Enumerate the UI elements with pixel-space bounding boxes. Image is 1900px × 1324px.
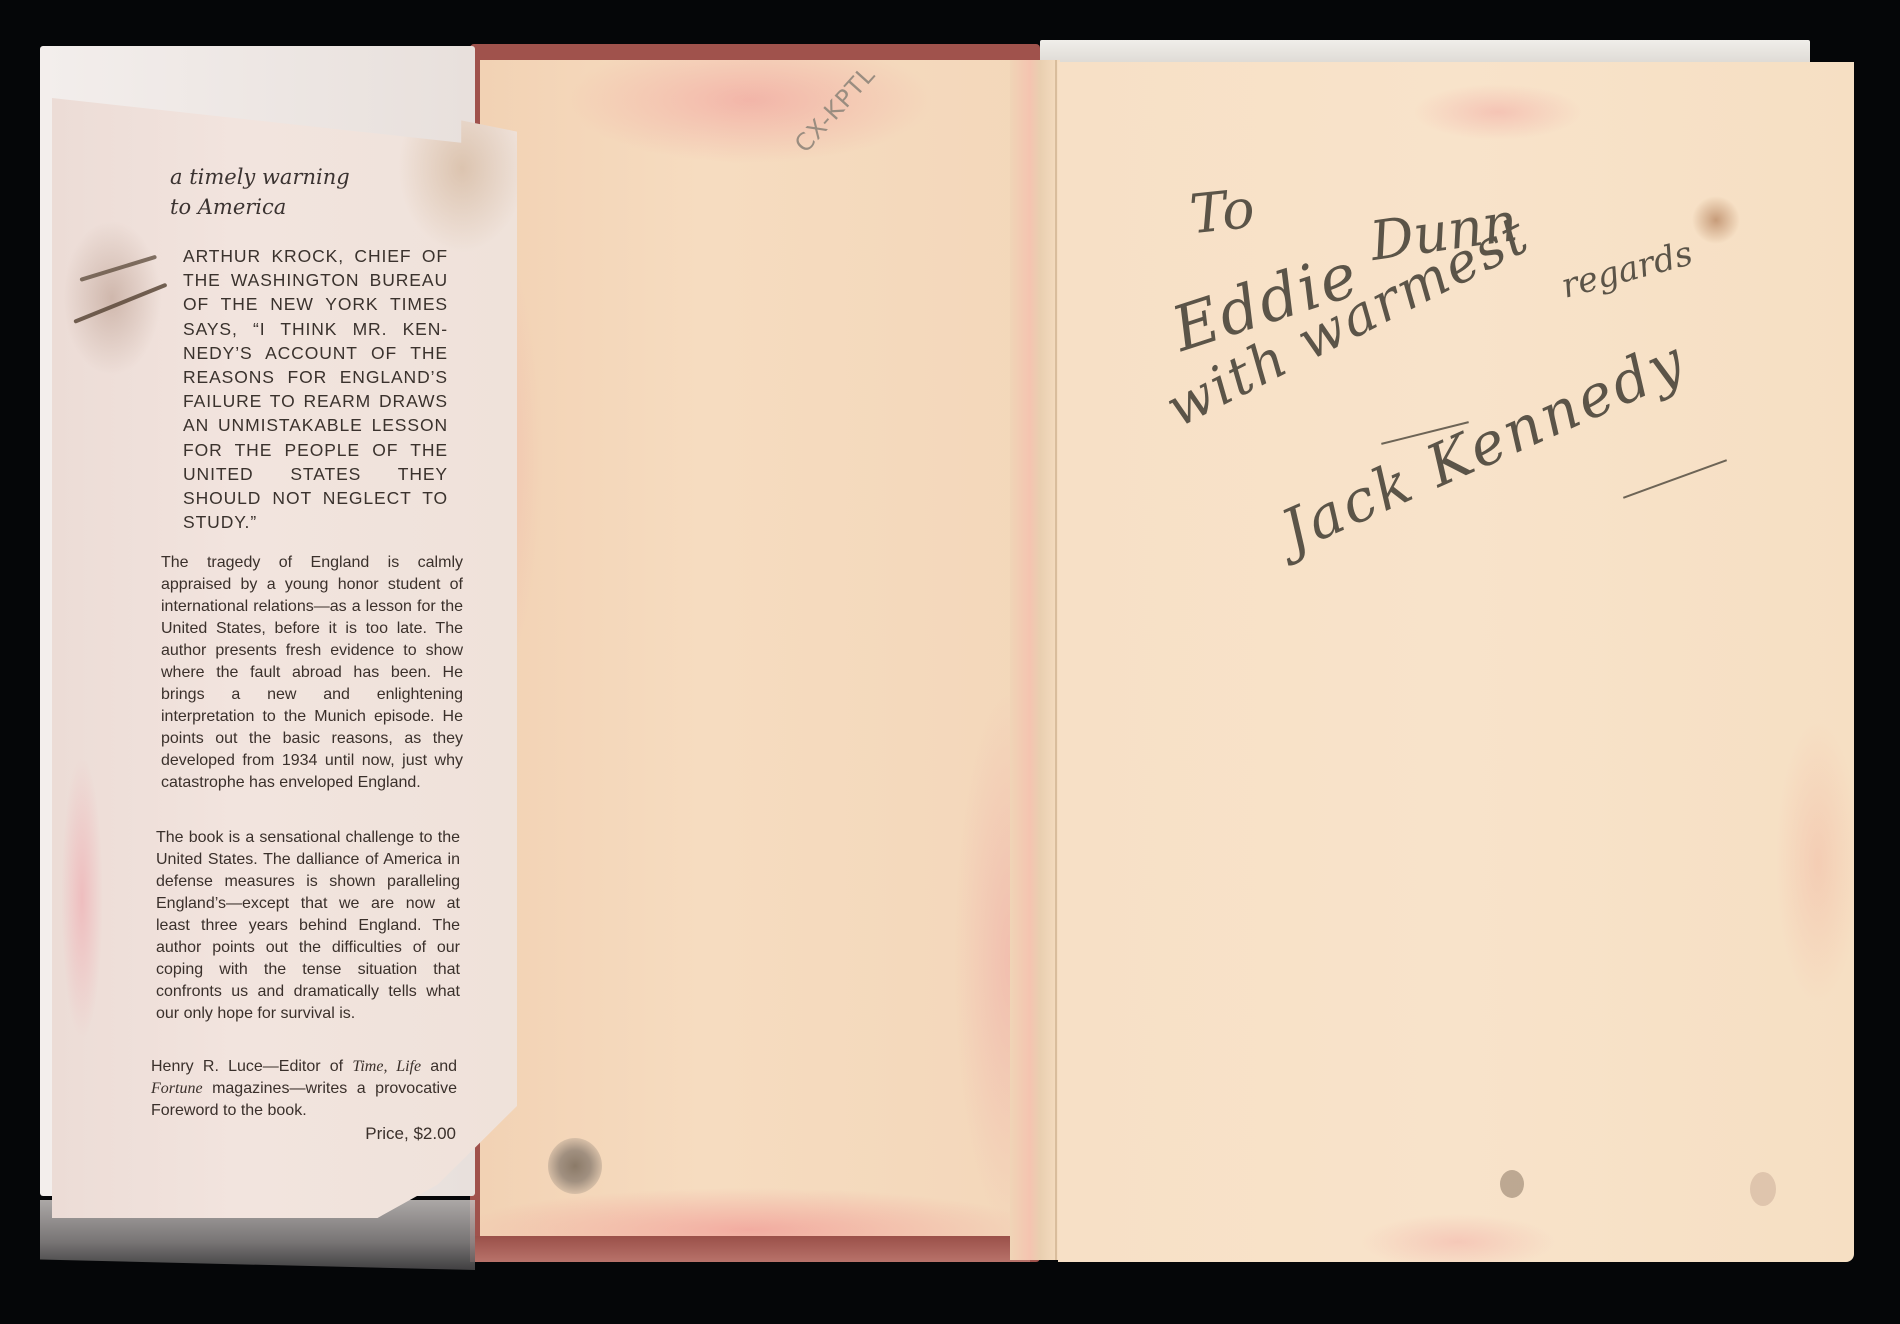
foxing-stain xyxy=(1500,1170,1524,1198)
magazine-names: Time, Life xyxy=(352,1058,421,1075)
quote-line: ARTHUR KROCK, CHIEF OF xyxy=(183,244,448,268)
quote-line: OF THE NEW YORK TIMES xyxy=(183,292,448,316)
jacket-blurb-paragraph-1: The tragedy of England is calmly apprais… xyxy=(161,552,463,794)
quote-line: AN UNMISTAKABLE LESSON xyxy=(183,413,448,437)
inscription-to: To xyxy=(1187,177,1258,246)
book-gutter xyxy=(1010,60,1060,1260)
krock-quote: ARTHUR KROCK, CHIEF OF THE WASHINGTON BU… xyxy=(183,244,448,534)
foreword-text: Henry R. Luce—Editor of xyxy=(151,1058,352,1075)
book-board-bottom-edge xyxy=(470,1236,1030,1262)
jacket-price: Price, $2.00 xyxy=(300,1124,456,1144)
quote-line: SAYS, “I THINK MR. KEN- xyxy=(183,317,448,341)
quote-line: REASONS FOR ENGLAND’S xyxy=(183,365,448,389)
hinge-line xyxy=(1055,60,1057,1260)
quote-line: THE WASHINGTON BUREAU xyxy=(183,268,448,292)
jacket-blurb-paragraph-2: The book is a sensational challenge to t… xyxy=(156,827,460,1025)
quote-line: NEDY’S ACCOUNT OF THE xyxy=(183,341,448,365)
tagline-line: to America xyxy=(170,192,350,222)
foreword-text: and xyxy=(421,1058,457,1075)
quote-line: SHOULD NOT NEGLECT TO xyxy=(183,486,448,510)
quote-line: FOR THE PEOPLE OF THE xyxy=(183,438,448,462)
foxing-stain xyxy=(548,1138,602,1194)
quote-line: FAILURE TO REARM DRAWS xyxy=(183,389,448,413)
magazine-name: Fortune xyxy=(151,1080,203,1097)
foxing-stain xyxy=(1750,1172,1776,1206)
front-pastedown xyxy=(480,60,1040,1236)
jacket-tagline: a timely warning to America xyxy=(170,162,350,222)
jacket-blurb-paragraph-3: Henry R. Luce—Editor of Time, Life and F… xyxy=(151,1056,457,1122)
tagline-line: a timely warning xyxy=(170,162,350,192)
quote-line: STUDY.” xyxy=(183,510,448,534)
quote-line: UNITED STATES THEY xyxy=(183,462,448,486)
